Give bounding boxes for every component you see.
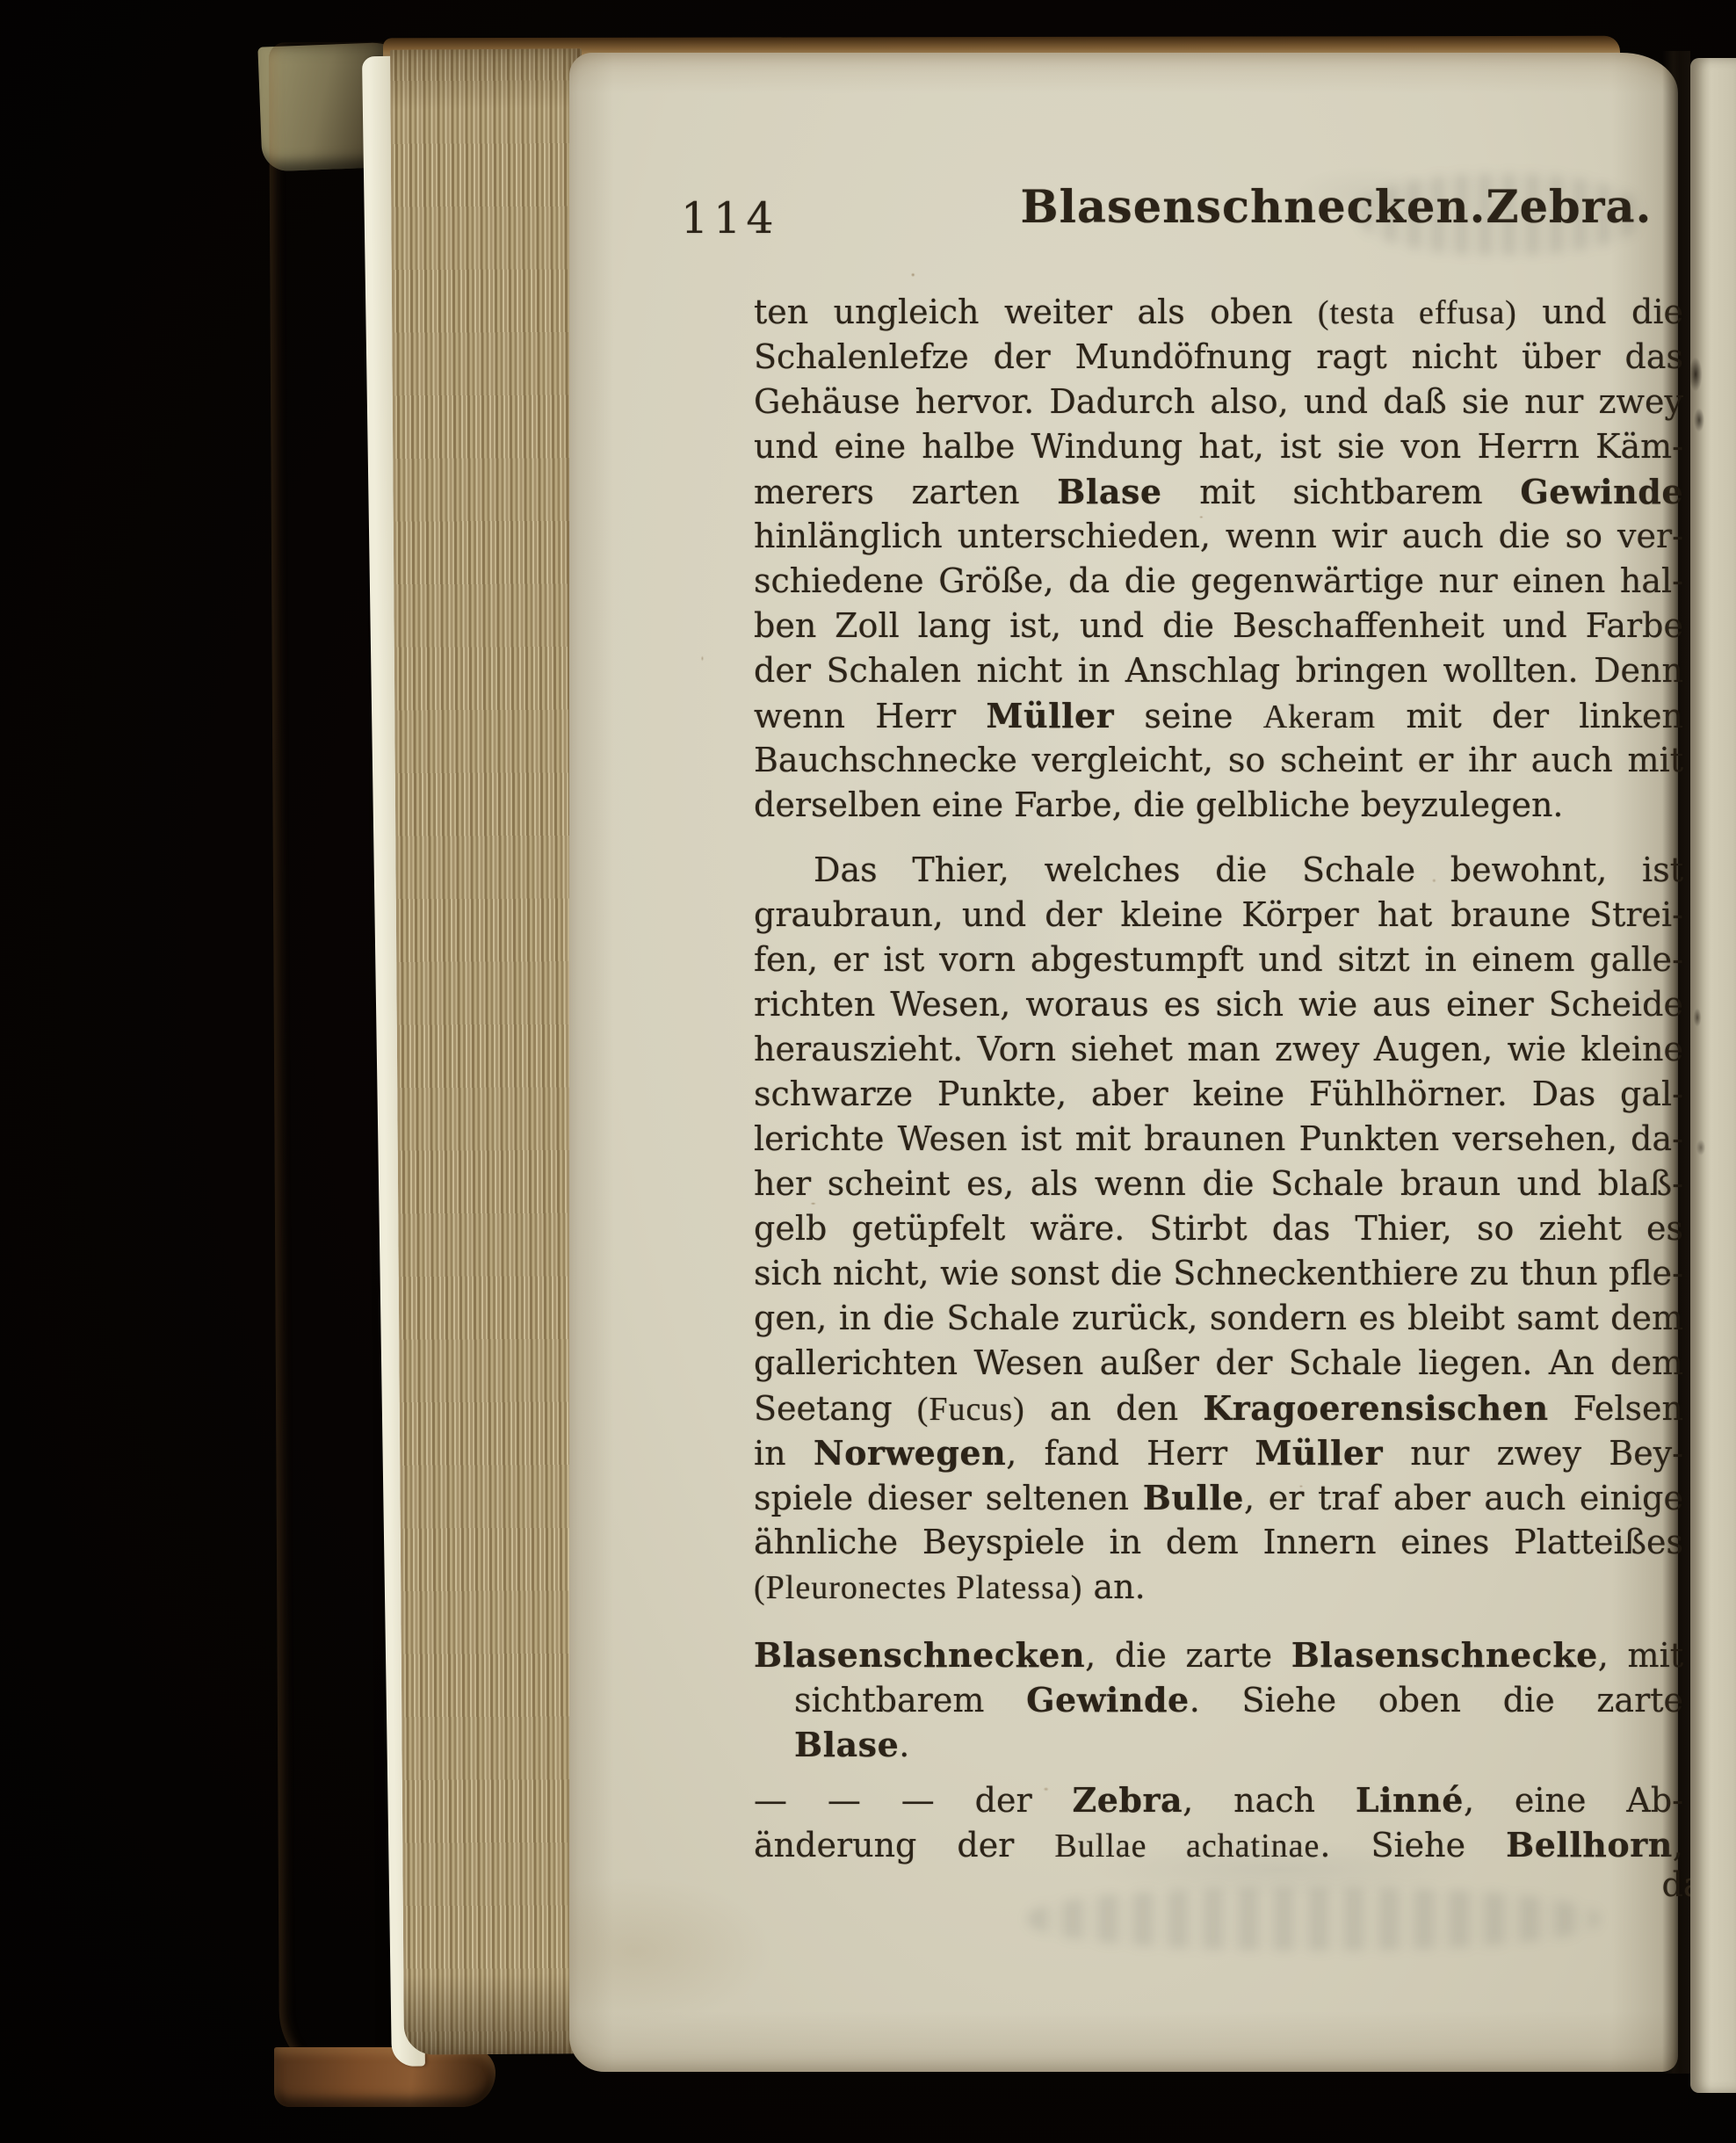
body-text-segment: Das Thier, welches die Schale bewohnt, i…	[814, 851, 1683, 889]
body-text-segment: und eine halbe Windung hat, ist sie von …	[754, 427, 1683, 466]
text-line: gelb getüpfelt wäre. Stirbt das Thier, s…	[754, 1206, 1683, 1251]
text-line: — — — der Zebra, nach Linné, eine Ab-	[754, 1777, 1683, 1822]
body-text-segment: derselben eine Farbe, die gelbliche beyz…	[754, 786, 1564, 824]
latin-text: Bullae achatinae	[1054, 1828, 1320, 1864]
text-line: Blase.	[754, 1722, 1683, 1767]
text-line: schiedene Größe, da die gegenwärtige nur…	[754, 559, 1683, 604]
emphasized-text: Blase	[794, 1725, 899, 1764]
stacked-page-edges	[390, 48, 596, 2054]
body-text-segment: her scheint es, als wenn die Schale brau…	[754, 1164, 1683, 1203]
emphasized-text: Gewinde	[1026, 1680, 1190, 1719]
running-header: 114 Blasenschnecken. Zebra.	[681, 181, 1609, 265]
body-text-segment: — — —	[754, 1781, 975, 1820]
emphasized-text: Zebra	[1073, 1780, 1183, 1820]
body-text-segment: , fand Herr	[1006, 1434, 1255, 1473]
text-line: ten ungleich weiter als oben (testa effu…	[754, 290, 1683, 335]
text-line: lerichte Wesen ist mit braunen Punkten v…	[754, 1117, 1683, 1162]
text-line: der Schalen nicht in Anschlag bringen wo…	[754, 648, 1683, 693]
body-text-segment: fen, er ist vorn abgestumpft und sitzt i…	[754, 940, 1683, 979]
text-line: sichtbarem Gewinde. Siehe oben die zarte	[754, 1677, 1683, 1722]
body-text-segment: Gehäuse hervor. Dadurch also, und daß si…	[754, 382, 1683, 421]
text-line: in Norwegen, fand Herr Müller nur zwey B…	[754, 1430, 1683, 1475]
text-line: (Pleuronectes Platessa) an.	[754, 1565, 1683, 1610]
body-text-segment: der Schalen nicht in Anschlag bringen wo…	[754, 651, 1683, 690]
latin-text: (Pleuronectes Platessa)	[754, 1569, 1082, 1606]
body-text-segment: Bauchschnecke vergleicht, so scheint er …	[754, 741, 1683, 779]
body-text: ten ungleich weiter als oben (testa effu…	[754, 290, 1683, 1908]
body-text-segment: gelb getüpfelt wäre. Stirbt das Thier, s…	[754, 1209, 1683, 1248]
body-text-segment: . Siehe oben die zarte	[1190, 1681, 1683, 1719]
paragraph-catchword: das	[754, 1863, 1683, 1908]
body-text-segment: ähnliche Beyspiele in dem Innern eines P…	[754, 1523, 1683, 1561]
body-text-segment: an.	[1082, 1567, 1145, 1606]
body-text-segment: , er traf aber auch einige	[1244, 1479, 1683, 1517]
facing-page-sliver	[1690, 58, 1736, 2093]
emphasized-text: Bulle	[1143, 1478, 1244, 1517]
body-text-segment: mit sichtbarem	[1162, 473, 1521, 511]
body-text-segment: wenn Herr	[754, 697, 986, 735]
paragraph-entry-zebra: — — — der Zebra, nach Linné, eine Ab-änd…	[754, 1777, 1683, 1867]
body-text-segment: .	[899, 1726, 909, 1764]
text-line: sich nicht, wie sonst die Schneckenthier…	[754, 1251, 1683, 1296]
body-text-segment: , nach	[1183, 1781, 1356, 1820]
book-scan: 114 Blasenschnecken. Zebra. ten ungleich…	[0, 0, 1736, 2143]
page-number: 114	[681, 181, 779, 243]
text-line: Seetang (Fucus) an den Kragoerensischen …	[754, 1386, 1683, 1430]
text-line: und eine halbe Windung hat, ist sie von …	[754, 424, 1683, 469]
text-line: Das Thier, welches die Schale bewohnt, i…	[754, 848, 1683, 893]
emphasized-text: Gewinde	[1520, 472, 1683, 511]
latin-text: Akeram	[1263, 699, 1376, 735]
body-text-segment: herauszieht. Vorn siehet man zwey Augen,…	[754, 1030, 1683, 1068]
body-text-segment: graubraun, und der kleine Körper hat bra…	[754, 895, 1683, 934]
body-text-segment: schiedene Größe, da die gegenwärtige nur…	[754, 561, 1683, 600]
text-line: graubraun, und der kleine Körper hat bra…	[754, 893, 1683, 938]
paragraph-entry-blasenschnecken: Blasenschnecken, die zarte Blasenschneck…	[754, 1633, 1683, 1767]
paragraph-continuation: ten ungleich weiter als oben (testa effu…	[754, 290, 1683, 828]
emphasized-text: Blasenschnecke	[1291, 1635, 1598, 1675]
text-line: herauszieht. Vorn siehet man zwey Augen,…	[754, 1027, 1683, 1072]
body-text-segment: seine	[1114, 697, 1263, 735]
body-text-segment: , die zarte	[1085, 1636, 1291, 1675]
emphasized-text: Bellhorn	[1506, 1825, 1673, 1864]
emphasized-text: Linné	[1356, 1780, 1464, 1820]
body-text-segment: der	[975, 1781, 1073, 1820]
body-text-segment: hinlänglich unterschieden, wenn wir auch…	[754, 517, 1683, 555]
body-text-segment: . Siehe	[1320, 1826, 1506, 1864]
body-text-segment: Schalenlefze der Mundöfnung ragt nicht ü…	[754, 337, 1683, 376]
emphasized-text: Blasenschnecken	[754, 1635, 1085, 1675]
text-line: Schalenlefze der Mundöfnung ragt nicht ü…	[754, 335, 1683, 380]
text-line: gen, in die Schale zurück, sondern es bl…	[754, 1296, 1683, 1341]
text-line: her scheint es, als wenn die Schale brau…	[754, 1162, 1683, 1206]
latin-text: (Fucus)	[917, 1391, 1025, 1428]
emphasized-text: Blase	[1057, 472, 1161, 511]
text-line: Gehäuse hervor. Dadurch also, und daß si…	[754, 380, 1683, 424]
body-text-segment: gen, in die Schale zurück, sondern es bl…	[754, 1299, 1683, 1337]
body-text-segment: ben Zoll lang ist, und die Beschaffenhei…	[754, 606, 1683, 645]
latin-text: (testa effusa)	[1318, 294, 1517, 331]
paragraph-das-thier: Das Thier, welches die Schale bewohnt, i…	[754, 848, 1683, 1610]
body-text-segment: lerichte Wesen ist mit braunen Punkten v…	[754, 1119, 1683, 1158]
emphasized-text: Kragoerensischen	[1203, 1388, 1548, 1428]
text-line: Blasenschnecken, die zarte Blasenschneck…	[754, 1633, 1683, 1677]
emphasized-text: Müller	[1255, 1433, 1383, 1473]
text-line: richten Wesen, woraus es sich wie aus ei…	[754, 982, 1683, 1027]
body-text-segment: ten ungleich weiter als oben	[754, 293, 1318, 331]
body-text-segment: an den	[1025, 1389, 1203, 1428]
text-line: ben Zoll lang ist, und die Beschaffenhei…	[754, 604, 1683, 648]
emphasized-text: Müller	[986, 696, 1114, 735]
body-text-segment: nur zwey Bey-	[1383, 1434, 1683, 1473]
text-line: ähnliche Beyspiele in dem Innern eines P…	[754, 1520, 1683, 1565]
text-line: gallerichten Wesen außer der Schale lieg…	[754, 1341, 1683, 1386]
text-line: derselben eine Farbe, die gelbliche beyz…	[754, 783, 1683, 828]
body-text-segment: schwarze Punkte, aber keine Fühlhörner. …	[754, 1075, 1683, 1113]
running-title-right: Zebra.	[1486, 181, 1652, 234]
running-title-left: Blasenschnecken.	[1021, 181, 1486, 234]
body-text-segment: gallerichten Wesen außer der Schale lieg…	[754, 1343, 1683, 1382]
body-text-segment: sichtbarem	[794, 1681, 1026, 1719]
text-line: hinlänglich unterschieden, wenn wir auch…	[754, 514, 1683, 559]
text-line: schwarze Punkte, aber keine Fühlhörner. …	[754, 1072, 1683, 1117]
body-text-segment: richten Wesen, woraus es sich wie aus ei…	[754, 985, 1683, 1024]
text-line: merers zarten Blase mit sichtbarem Gewin…	[754, 469, 1683, 514]
text-line: spiele dieser seltenen Bulle, er traf ab…	[754, 1475, 1683, 1520]
body-text-segment: sich nicht, wie sonst die Schneckenthier…	[754, 1254, 1683, 1292]
body-text-segment: mit der linken	[1376, 697, 1683, 735]
body-text-segment: merers zarten	[754, 473, 1057, 511]
body-text-segment: , eine Ab-	[1464, 1781, 1683, 1820]
body-text-segment: Seetang	[754, 1389, 917, 1428]
gutter-crease-shadow	[1662, 51, 1690, 2074]
text-line: wenn Herr Müller seine Akeram mit der li…	[754, 693, 1683, 738]
text-line: das	[754, 1863, 1720, 1908]
text-line: fen, er ist vorn abgestumpft und sitzt i…	[754, 938, 1683, 982]
running-title: Blasenschnecken. Zebra.	[1021, 181, 1653, 234]
text-line: Bauchschnecke vergleicht, so scheint er …	[754, 738, 1683, 783]
text-line: änderung der Bullae achatinae. Siehe Bel…	[754, 1822, 1683, 1867]
body-text-segment: änderung der	[754, 1826, 1054, 1864]
body-text-segment: spiele dieser seltenen	[754, 1479, 1143, 1517]
body-text-segment: und die	[1517, 293, 1683, 331]
emphasized-text: Norwegen	[814, 1433, 1006, 1473]
leather-cover-bottom	[274, 2047, 495, 2107]
body-text-segment: in	[754, 1434, 814, 1473]
